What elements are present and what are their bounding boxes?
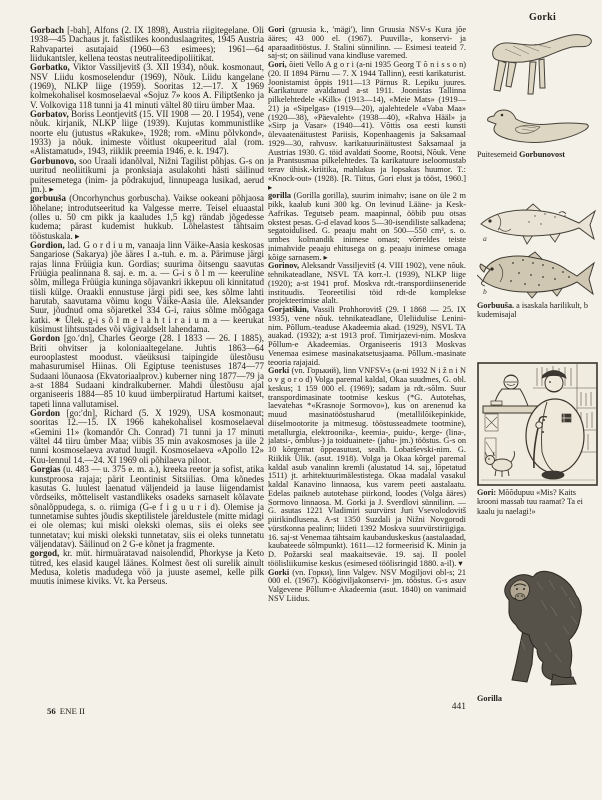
entry-term: Gorki xyxy=(268,366,289,375)
fish-b-marker: b xyxy=(483,287,487,296)
fish-a-marker: a xyxy=(483,234,487,243)
entry-body: (vn. Горький), linn VNFSV-s (a-ni 1932 N… xyxy=(268,366,466,568)
entry-body: [go:ʹdn], Richard (5. X 1929), USA kosmo… xyxy=(30,408,264,465)
duck-figurine-illustration xyxy=(482,102,594,148)
figure-gorbuusa-salmon: a b Gorbuuša. a isaskala harilikult, b k… xyxy=(477,202,599,320)
entry-gorki-city: Gorki (vn. Горький), linn VNFSV-s (a-ni … xyxy=(268,367,466,568)
entry-term: Gorinov, xyxy=(268,261,299,270)
entry-gorjatskin: Gorjatškin, Vassili Prohhorovitš (29. I … xyxy=(268,306,466,367)
entry-body: (u. 483 — u. 375 e. m. a.), kreeka reeto… xyxy=(30,464,264,549)
entry-term: Gorjatškin, xyxy=(268,305,309,314)
entry-gori-city: Gori (gruusia k., 'mägi'), linn Gruusia … xyxy=(268,26,466,61)
middle-column: Gori (gruusia k., 'mägi'), linn Gruusia … xyxy=(268,26,466,688)
elk-figurine-illustration xyxy=(477,26,598,100)
caption-text: Puitesemeid xyxy=(477,150,519,159)
entry-body: (Gorilla gorilla), suurim inimahv; isane… xyxy=(268,191,466,261)
entry-gorilla: gorilla (Gorilla gorilla), suurim inimah… xyxy=(268,192,466,262)
entry-gordon-richard: Gordon [go:ʹdn], Richard (5. X 1929), US… xyxy=(30,409,264,465)
caricature-illustration xyxy=(477,362,598,486)
entry-body: (vn. Горки), linn Valgev. NSV Mogiljovi … xyxy=(268,568,466,603)
figure-caption: Puitesemeid Gorbunovost xyxy=(477,150,599,159)
running-head-guide-word: Gorki xyxy=(529,12,556,23)
volume-signature: 56ENE II xyxy=(47,706,85,716)
entry-body: [go.ʹdn], Charles George (28. I 1833 — 2… xyxy=(30,333,264,408)
entry-gorbatov: Gorbatov, Boriss Leontjevitš (15. VII 19… xyxy=(30,110,264,157)
entry-gordion: Gordion, lad. G o r d i u m, vanaaja lin… xyxy=(30,241,264,334)
entry-gorbach: Gorbach [-bah], Alfons (2. IX 1898), Aus… xyxy=(30,26,264,63)
entry-body: (gruusia k., 'mägi'), linn Gruusia NSV-s… xyxy=(268,26,466,60)
figure-gorilla: Gorilla xyxy=(477,566,599,703)
entry-term: gorilla xyxy=(268,191,291,200)
salmon-normal-illustration xyxy=(477,202,598,247)
sheet-number: 56 xyxy=(47,706,56,716)
caption-bold-text: Gorbuuša. xyxy=(477,301,514,310)
entry-gorki-belorussia: Gorki (vn. Горки), linn Valgev. NSV Mogi… xyxy=(268,569,466,604)
figure-caption: Gorbuuša. a isaskala harilikult, b kudem… xyxy=(477,301,599,320)
figure-gorbunovo-wooden-items: Puitesemeid Gorbunovost xyxy=(477,26,599,159)
entry-gorgias: Gorgias (u. 483 — u. 375 e. m. a.), kree… xyxy=(30,465,264,549)
entry-gordon-charles: Gordon [go.ʹdn], Charles George (28. I 1… xyxy=(30,334,264,409)
encyclopedia-page: Gorki Gorbach [-bah], Alfons (2. IX 1898… xyxy=(0,0,602,800)
entry-body: lad. G o r d i u m, vanaaja linn Väike-A… xyxy=(30,240,264,334)
entry-term: Gori, xyxy=(268,60,287,69)
salmon-spawning-illustration xyxy=(477,251,598,299)
figure-gori-caricature: Gori: Mõõdupuu «Mis? Kaits krooni massab… xyxy=(477,362,599,516)
left-column: Gorbach [-bah], Alfons (2. IX 1898), Aus… xyxy=(30,26,264,694)
caption-bold-text: Gorilla xyxy=(477,694,502,703)
entry-body: [-bah], Alfons (2. IX 1898), Austria rii… xyxy=(30,26,264,63)
entry-body: õieti Vello A g o r i (a-ni 1935 Georg T… xyxy=(268,60,466,192)
gorilla-illustration xyxy=(477,566,598,692)
entry-body: (Oncorhynchus gorbuscha). Vaikse ookeani… xyxy=(30,193,264,240)
entry-body: Vassili Prohhorovitš (29. I 1868 — 25. I… xyxy=(268,305,466,367)
figure-caption: Gorilla xyxy=(477,694,599,703)
entry-gorinov: Gorinov, Aleksandr Vassiljevitš (4. VIII… xyxy=(268,262,466,306)
entry-gorbuusa: gorbuuša (Oncorhynchus gorbuscha). Vaiks… xyxy=(30,194,264,241)
entry-gorbatko: Gorbatko, Viktor Vassiljevitš (3. XII 19… xyxy=(30,63,264,110)
caption-bold-text: Gorbunovost xyxy=(519,150,565,159)
figure-rail: Puitesemeid Gorbunovost a xyxy=(477,26,599,740)
page-number: 441 xyxy=(268,702,466,712)
entry-gorgod: gorgod, kr. müt. hirmuäratavad naisolend… xyxy=(30,549,264,586)
entry-gorbunovo: Gorbunovo, soo Uraali idanõlval, Nižni T… xyxy=(30,157,264,194)
entry-body: kr. müt. hirmuäratavad naisolendid, Phor… xyxy=(30,548,264,586)
caption-bold-text: Gori: xyxy=(477,488,496,497)
entry-gori-caricaturist: Gori, õieti Vello A g o r i (a-ni 1935 G… xyxy=(268,61,466,192)
edition-label: ENE II xyxy=(60,706,85,716)
figure-caption: Gori: Mõõdupuu «Mis? Kaits krooni massab… xyxy=(477,488,599,516)
entry-term: Gorki xyxy=(268,568,289,577)
